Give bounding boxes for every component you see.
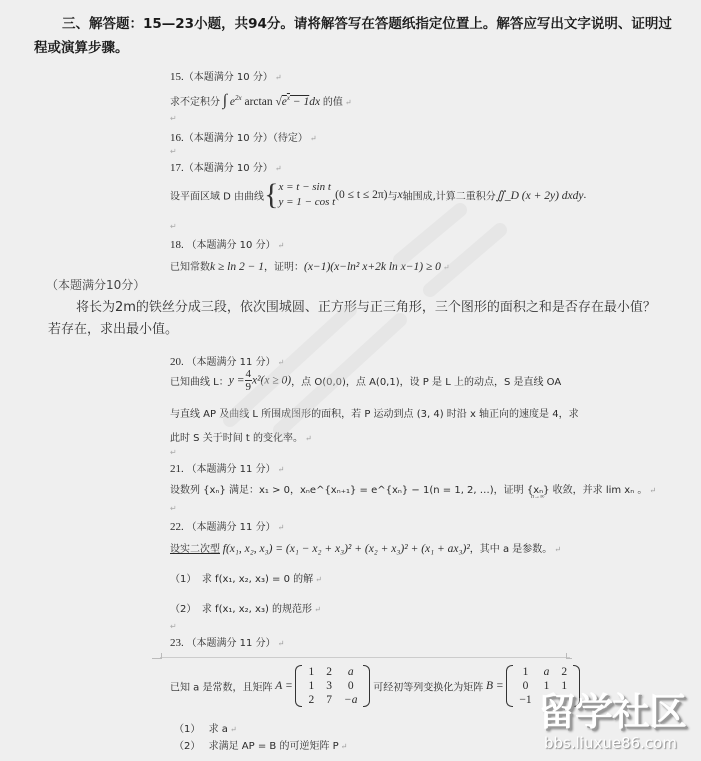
matrix-cell: 3 — [320, 679, 338, 693]
paragraph-mark-icon: ↵ — [170, 114, 177, 123]
question-score: （本题满分 11 分） — [187, 522, 276, 533]
part-text: 求 f(x₁, x₂, x₃) 的规范形 — [202, 604, 312, 615]
matrix-cell: 0 — [338, 679, 364, 693]
fraction-4-9: 49 — [245, 368, 253, 393]
paragraph-mark-icon: ↵ — [278, 465, 285, 474]
question-number: 22. — [170, 521, 184, 533]
stem-text: 设数列 {xₙ} 满足：x₁ > 0，xₙe^{xₙ₊₁} = e^{xₙ} −… — [170, 485, 647, 496]
paragraph-mark-icon: ↵ — [305, 434, 312, 443]
question-number: 17. — [170, 162, 184, 174]
inequality-formula: (x−1)(x−ln² x+2k ln x−1) ≥ 0 — [304, 261, 441, 273]
question-19-line-2: 若存在，求出最小值。 — [48, 318, 178, 337]
paragraph-mark-icon: ↵ — [554, 545, 561, 554]
double-integral: ∬_D (x + 2y) dxdy — [496, 190, 584, 202]
limit-subscript: n→∞ — [531, 494, 544, 500]
curve-lhs: y = — [229, 375, 245, 387]
section-header: 三、解答题：15—23小题，共94分。请将解答写在答题纸指定位置上。解答应写出文… — [34, 12, 684, 60]
parametric-system: x = t − sin ty = 1 − cos t — [278, 180, 335, 210]
question-number: 21. — [170, 463, 184, 475]
paragraph-mark-icon: ↵ — [649, 486, 656, 495]
question-20-stem-line-1: 已知曲线 L：y =49x²(x ≥ 0)，点 O(0,0)，点 A(0,1)，… — [170, 368, 561, 393]
stem-text: ，其中 a 是参数。 — [470, 544, 553, 555]
question-19-line-1: 将长为2m的铁丝分成三段，依次围城圆、正方形与正三角形，三个图形的面积之和是否存… — [76, 296, 656, 315]
question-score: （本题满分 10 分） — [187, 240, 276, 251]
condition-formula: k ≥ ln 2 − 1 — [210, 261, 264, 273]
paragraph-mark-icon: ↵ — [170, 448, 177, 457]
curve-rhs: x²(x ≥ 0) — [252, 375, 291, 387]
question-23-part-1: （1） 求 a↵ — [174, 720, 237, 735]
question-22-heading: 22. （本题满分 11 分）↵ — [170, 518, 284, 533]
site-logo-watermark: 留学社区 bbs.liuxue86.com — [538, 690, 698, 760]
formula: e2x arctan √ex − 1dx — [230, 96, 320, 108]
fraction-denominator: 9 — [246, 381, 252, 393]
stem-text: 与 — [387, 192, 397, 203]
question-16-heading: 16.（本题满分 10 分）（待定）↵ — [170, 129, 317, 144]
question-number: 15. — [170, 71, 184, 83]
section-divider — [160, 657, 570, 658]
matrix-b-label: B = — [486, 680, 504, 692]
part-text: 求满足 AP = B 的可逆矩阵 P — [209, 741, 339, 752]
section-header-text: 三、解答题：15—23小题，共94分。请将解答写在答题纸指定位置上。解答应写出文… — [34, 16, 672, 56]
part-label: （1） — [174, 724, 200, 735]
stem-text: 设平面区域 D 由曲线 — [170, 192, 264, 203]
question-23-part-2: （2） 求满足 AP = B 的可逆矩阵 P↵ — [174, 737, 347, 752]
question-18-stem: 已知常数k ≥ ln 2 − 1，证明：(x−1)(x−ln² x+2k ln … — [170, 258, 450, 273]
question-number: 20. — [170, 356, 184, 368]
question-15-stem: 求不定积分 ∫ e2x arctan √ex − 1dx 的值↵ — [170, 92, 352, 110]
question-21-heading: 21. （本题满分 11 分）↵ — [170, 460, 284, 475]
paragraph-mark-icon: ↵ — [278, 639, 285, 648]
paragraph-mark-icon: ↵ — [170, 622, 177, 631]
question-23-stem: 已知 a 是常数，且矩阵 A = 12a 130 27−a 可经初等列变换化为矩… — [170, 665, 580, 707]
paragraph-mark-icon: ↵ — [315, 575, 322, 584]
fraction-numerator: 4 — [245, 368, 253, 381]
logo-text: 留学社区 — [538, 690, 698, 734]
question-score: （本题满分 10 分） — [184, 72, 273, 83]
stem-text: 的值 — [323, 97, 343, 108]
stem-text: 设实二次型 — [170, 544, 220, 555]
question-number: 23. — [170, 637, 184, 649]
system-eq-y: y = 1 − cos t — [278, 195, 335, 210]
part-label: （1） — [170, 574, 196, 585]
matrix-cell: −a — [338, 693, 364, 707]
question-22-part-2: （2） 求 f(x₁, x₂, x₃) 的规范形↵ — [170, 600, 321, 615]
paragraph-mark-icon: ↵ — [341, 742, 348, 751]
question-19-heading: （本题满分10分） — [46, 276, 145, 293]
matrix-cell: a — [538, 665, 556, 679]
param-range: (0 ≤ t ≤ 2π) — [335, 189, 387, 201]
margin-corner-left — [152, 653, 162, 659]
paragraph-mark-icon: ↵ — [345, 98, 352, 107]
question-number: 18. — [170, 239, 184, 251]
question-21-stem: 设数列 {xₙ} 满足：x₁ > 0，xₙe^{xₙ₊₁} = e^{xₙ} −… — [170, 481, 656, 496]
stem-text: 可经初等列变换化为矩阵 — [373, 683, 483, 694]
question-score: （本题满分 11 分） — [187, 464, 276, 475]
matrix-cell: 7 — [320, 693, 338, 707]
matrix-cell: a — [338, 665, 364, 679]
question-score: （本题满分 11 分） — [187, 357, 276, 368]
quadratic-form-formula: f(x₁, x₂, x₃) = (x₁ − x₂ + x₃)² + (x₂ + … — [223, 543, 470, 555]
paragraph-mark-icon: ↵ — [278, 358, 285, 367]
paragraph-mark-icon: ↵ — [170, 222, 177, 231]
question-20-stem-line-2: 与直线 AP 及曲线 L 所围成图形的面积，若 P 运动到点 (3, 4) 时沿… — [170, 405, 579, 420]
part-text: 求 f(x₁, x₂, x₃) = 0 的解 — [202, 574, 313, 585]
matrix-cell: 1 — [513, 665, 537, 679]
matrix-cell: 0 — [513, 679, 537, 693]
system-eq-x: x = t − sin t — [278, 180, 335, 195]
stem-text: 与直线 AP 及曲线 L 所围成图形的面积，若 P 运动到点 (3, 4) 时沿… — [170, 409, 579, 420]
question-17-stem: 设平面区域 D 由曲线{x = t − sin ty = 1 − cos t(0… — [170, 180, 586, 210]
question-22-stem: 设实二次型 f(x₁, x₂, x₃) = (x₁ − x₂ + x₃)² + … — [170, 540, 561, 555]
matrix-cell: 2 — [302, 693, 320, 707]
paragraph-mark-icon: ↵ — [275, 73, 282, 82]
question-score: （本题满分 11 分） — [187, 638, 276, 649]
integral-sign: ∫ — [223, 92, 227, 109]
stem-text: 已知常数 — [170, 262, 210, 273]
paragraph-mark-icon: ↵ — [278, 523, 285, 532]
stem-text: ，证明： — [264, 262, 304, 273]
part-label: （2） — [170, 604, 196, 615]
stem-text: 已知 a 是常数，且矩阵 — [170, 683, 273, 694]
matrix-a: 12a 130 27−a — [295, 665, 370, 707]
stem-text: . — [583, 189, 586, 201]
question-17-heading: 17.（本题满分 10 分）↵ — [170, 159, 282, 174]
question-number: 16. — [170, 132, 184, 144]
paragraph-mark-icon: ↵ — [310, 134, 317, 143]
paragraph-mark-icon: ↵ — [275, 164, 282, 173]
paragraph-mark-icon: ↵ — [443, 263, 450, 272]
paragraph-mark-icon: ↵ — [170, 147, 177, 156]
question-15-heading: 15.（本题满分 10 分）↵ — [170, 68, 282, 83]
question-18-heading: 18. （本题满分 10 分）↵ — [170, 236, 284, 251]
stem-text: 求不定积分 — [170, 97, 220, 108]
stem-text: ，点 O(0,0)，点 A(0,1)，设 P 是 L 上的动点，S 是直线 OA — [291, 377, 561, 388]
margin-corner-right — [566, 653, 572, 659]
stem-text: 此时 S 关于时间 t 的变化率。 — [170, 433, 303, 444]
question-20-heading: 20. （本题满分 11 分）↵ — [170, 353, 284, 368]
matrix-cell: 2 — [320, 665, 338, 679]
question-score: （本题满分 10 分） — [184, 163, 273, 174]
matrix-cell: 1 — [302, 679, 320, 693]
matrix-a-label: A = — [275, 680, 292, 692]
matrix-cell: −1 — [513, 693, 537, 707]
logo-url: bbs.liuxue86.com — [544, 734, 698, 752]
question-23-heading: 23. （本题满分 11 分）↵ — [170, 634, 284, 649]
matrix-cell: 1 — [302, 665, 320, 679]
part-text: 求 a — [209, 724, 228, 735]
paragraph-mark-icon: ↵ — [278, 241, 285, 250]
paragraph-mark-icon: ↵ — [230, 725, 237, 734]
question-score: （本题满分 10 分）（待定） — [184, 133, 308, 144]
left-brace: { — [264, 178, 278, 211]
question-22-part-1: （1） 求 f(x₁, x₂, x₃) = 0 的解↵ — [170, 570, 322, 585]
question-20-stem-line-3: 此时 S 关于时间 t 的变化率。↵ — [170, 429, 312, 444]
part-label: （2） — [174, 741, 200, 752]
stem-text: 轴围成,计算二重积分 — [403, 192, 496, 203]
paragraph-mark-icon: ↵ — [314, 605, 321, 614]
matrix-cell: 2 — [555, 665, 573, 679]
paragraph-mark-icon: ↵ — [170, 504, 177, 513]
stem-text: 已知曲线 L： — [170, 377, 229, 388]
